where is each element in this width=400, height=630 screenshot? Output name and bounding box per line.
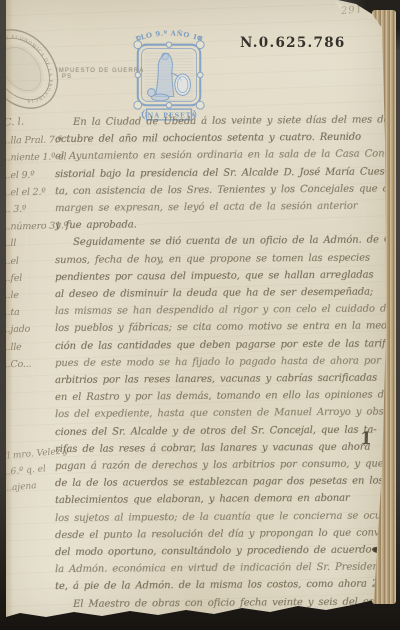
manuscript-line: las mismas se han despendido al rigor y …	[55, 304, 377, 319]
manuscript-line: de la de los acuerdos se establezcan pag…	[55, 476, 377, 491]
manuscript-line: ta, con asistencia de los Sres. Teniente…	[55, 183, 377, 198]
manuscript-line: tablecimientos que elaboran, y hacen dem…	[55, 493, 377, 508]
manuscript-line: desde el punto la resolución del día y p…	[55, 527, 377, 542]
document-page: ADMINISTRACION ECONOMICA DE LA PROVINCIA…	[0, 0, 392, 626]
manuscript-line: sumos, fecha de hoy, en que propone se t…	[55, 252, 377, 267]
margin-note-fragment: ...fel	[2, 274, 22, 284]
margin-note-fragment: ...el	[2, 256, 19, 266]
manuscript-line: los pueblos y fábricas; se cita como mot…	[55, 321, 377, 336]
manuscript-line: te, á pie de la Admón. de la misma los c…	[55, 579, 377, 594]
margin-note-fragment: ...jado	[2, 325, 30, 335]
manuscript-line: Seguidamente se dió cuenta de un oficio …	[55, 235, 395, 250]
manuscript-line: octubre del año mil ochocientos setenta …	[55, 132, 377, 147]
manuscript-line: rifas de las reses á cobrar, las lanares…	[55, 441, 377, 456]
manuscript-line: arbitrios por las reses lanares, vacunas…	[55, 372, 377, 387]
manuscript-line: pues de este modo se ha fijado lo pagado…	[55, 355, 377, 370]
manuscript-line: en el Rastro y por las demás, tomando en…	[55, 390, 377, 405]
manuscript-line: sistorial bajo la presidencia del Sr. Al…	[55, 166, 377, 181]
manuscript-line: del modo oportuno, consultándolo y proce…	[55, 544, 377, 559]
marginal-annotation: El mro. Velez y...6.º q. el...ajena	[0, 444, 74, 497]
margin-note-fragment: ...el el 2.º	[2, 187, 46, 197]
manuscript-line: y fue aprobada.	[55, 218, 377, 233]
manuscript-line: la Admón. económica en virtud de indicac…	[55, 562, 377, 577]
margin-note-fragment: ...número 31.º	[2, 222, 68, 233]
manuscript-line: los del expediente, hasta que consten de…	[55, 407, 377, 422]
margin-note-fragment: ...ll	[2, 239, 16, 249]
corner-ink-mark: C. l.	[4, 116, 25, 128]
manuscript-line: los sujetos al impuesto; de la cuantía q…	[55, 510, 377, 525]
manuscript-line: En la Ciudad de Úbeda á los veinte y sie…	[55, 114, 395, 129]
margin-note-fragment: ...niente 1.º el	[2, 153, 67, 164]
manuscript-line: al deseo de disminuir la deuda que ha de…	[55, 286, 377, 301]
revenue-stamp-denomination: UNA PESETA	[141, 112, 197, 119]
manuscript-line: el Ayuntamiento en sesión ordinaria en l…	[55, 149, 377, 164]
margin-note-fragment: ...ta	[2, 308, 20, 318]
scanned-page-photo: ADMINISTRACION ECONOMICA DE LA PROVINCIA…	[0, 0, 400, 630]
manuscript-line: pendientes por causa del impuesto, que s…	[55, 269, 377, 284]
war-tax-overprint: IMPUESTO DE GUERRA · PS	[56, 68, 146, 80]
margin-note-fragment: ...lla Pral. 7.ª	[2, 136, 62, 147]
margin-note-fragment: ...le	[2, 291, 19, 301]
margin-note-fragment: ...Co...	[2, 360, 32, 370]
manuscript-line: margen se expresan, se leyó el acta de l…	[55, 200, 377, 215]
serial-number: N.0.625.786	[240, 35, 346, 51]
revenue-stamp-header: SELLO 9.º AÑO 1874	[128, 22, 204, 44]
manuscript-line: El Maestro de obras con oficio fecha vei…	[55, 596, 395, 611]
insertion-mark: 1	[360, 429, 373, 449]
manuscript-line: pagan á razón de derechos y los arbitrio…	[55, 458, 377, 473]
margin-note-fragment: ... 3.º	[2, 205, 26, 215]
margin-note-fragment: ...lle	[2, 342, 22, 352]
manuscript-line: ciones del Sr. Alcalde y de otros del Sr…	[55, 424, 377, 439]
margin-note-fragment: ...el 9.º	[2, 170, 35, 180]
manuscript-line: ción de las cantidades que deben pagarse…	[55, 338, 377, 353]
